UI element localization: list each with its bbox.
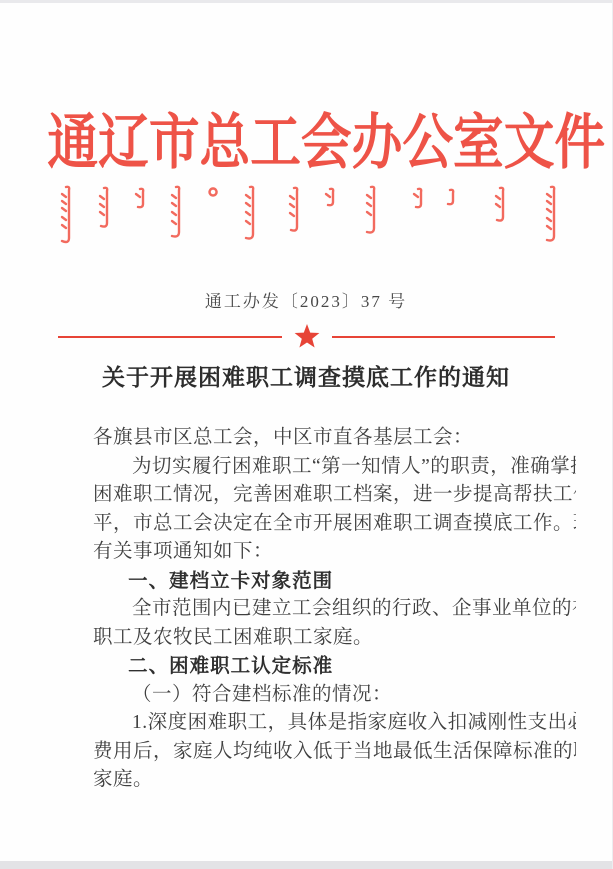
- body-line: 有关事项通知如下：: [93, 538, 576, 567]
- red-rule-left: [58, 336, 282, 338]
- body-line: 为切实履行困难职工“第一知情人”的职责，准确掌握: [93, 453, 576, 482]
- body-heading-1: 一、建档立卡对象范围: [93, 567, 576, 596]
- document-body: 各旗县市区总工会，中区市直各基层工会： 为切实履行困难职工“第一知情人”的职责，…: [93, 424, 576, 795]
- document-number: 通工办发〔2023〕37 号: [0, 292, 612, 312]
- mongolian-script-decoration: [0, 184, 613, 248]
- body-heading-2: 二、困难职工认定标准: [93, 652, 576, 681]
- body-line: 困难职工情况，完善困难职工档案，进一步提高帮扶工作水: [93, 481, 576, 510]
- body-line: 家庭。: [93, 766, 576, 795]
- body-line: 平，市总工会决定在全市开展困难职工调查摸底工作。现将: [93, 510, 576, 539]
- body-line: 职工及农牧民工困难职工家庭。: [93, 624, 576, 653]
- document-title: 关于开展困难职工调查摸底工作的通知: [0, 362, 612, 392]
- scan-edge-top: [0, 0, 612, 3]
- star-icon: [294, 324, 320, 350]
- body-line: 费用后，家庭人均纯收入低于当地最低生活保障标准的职工: [93, 738, 576, 767]
- red-rule-right: [332, 336, 556, 338]
- body-line: （一）符合建档标准的情况：: [93, 681, 576, 710]
- scan-edge-bottom: [0, 861, 612, 869]
- body-line: 全市范围内已建立工会组织的行政、企事业单位的在职: [93, 595, 576, 624]
- body-line-salutation: 各旗县市区总工会，中区市直各基层工会：: [93, 424, 576, 453]
- red-rule-separator: [58, 324, 555, 350]
- body-line: 1.深度困难职工，具体是指家庭收入扣减刚性支出必要: [93, 709, 576, 738]
- scanned-document-page: 通辽市总工会办公室文件 通工办发〔2023〕37 号 关于开展困难职工调查摸底工…: [0, 0, 613, 869]
- letterhead-agency-title: 通辽市总工会办公室文件: [47, 104, 564, 182]
